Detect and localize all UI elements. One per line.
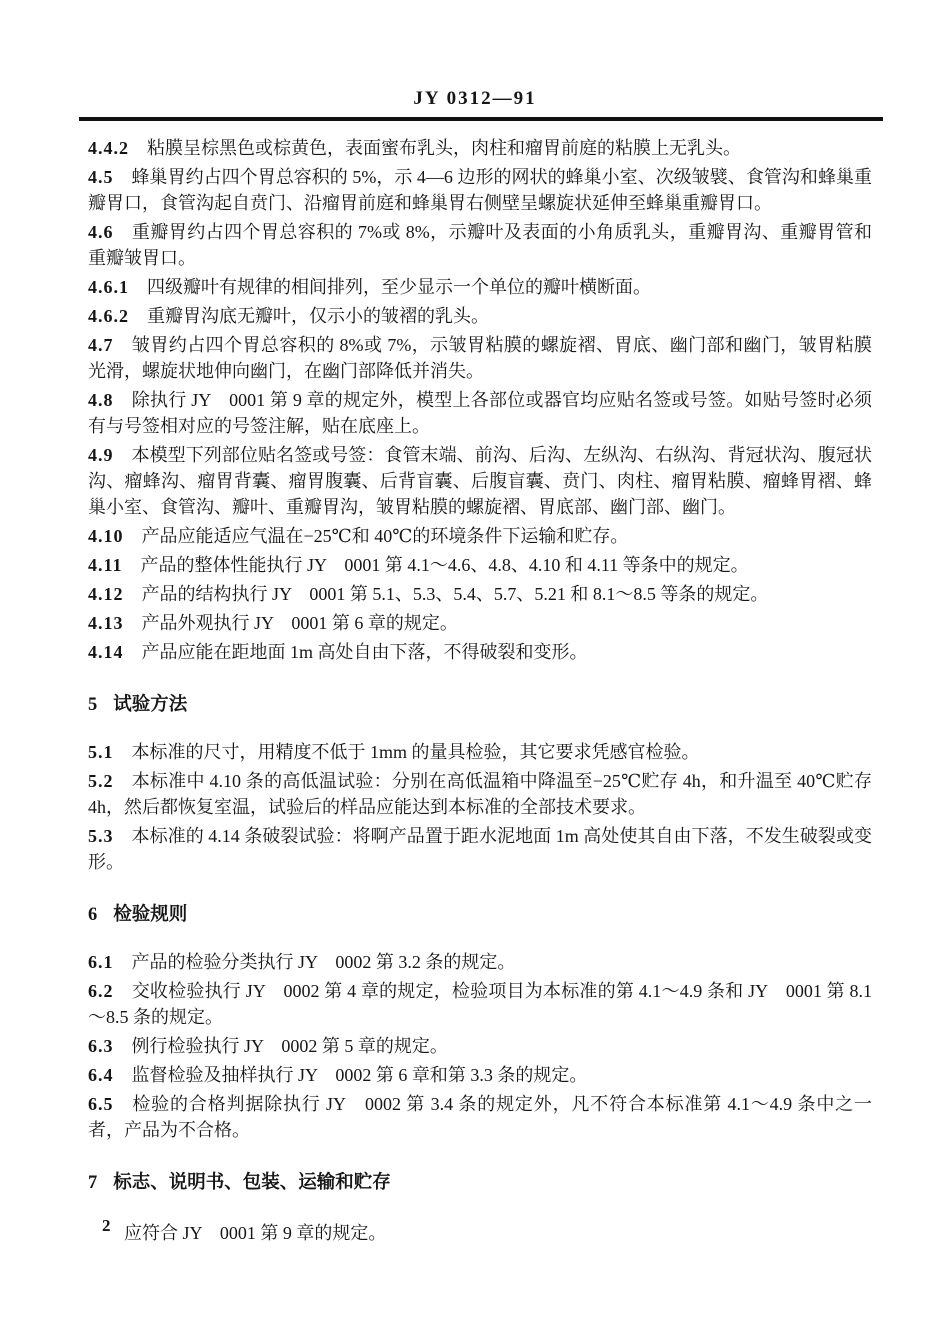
section-heading: 7标志、说明书、包装、运输和贮存 (88, 1170, 872, 1196)
clause-number: 4.8 (88, 390, 114, 410)
clause-text: 产品外观执行 JY 0001 第 6 章的规定。 (142, 613, 458, 633)
clause-paragraph: 5.3本标准的 4.14 条破裂试验：将啊产品置于距水泥地面 1m 高处使其自由… (88, 823, 872, 875)
clause-text: 除执行 JY 0001 第 9 章的规定外，模型上各部位或器官均应贴名签或号签。… (88, 390, 872, 436)
clause-paragraph: 6.5检验的合格判据除执行 JY 0002 第 3.4 条的规定外，凡不符合本标… (88, 1091, 872, 1143)
clause-number: 6.5 (88, 1094, 114, 1114)
clause-number: 4.11 (88, 555, 123, 575)
clause-number: 5 (88, 695, 97, 715)
section-heading: 5试验方法 (88, 692, 872, 718)
clause-number: 7 (88, 1173, 97, 1193)
clause-number: 6.1 (88, 952, 114, 972)
clause-text: 试验方法 (113, 695, 187, 715)
clause-number: 4.6.2 (88, 306, 129, 326)
clause-text: 粘膜呈棕黑色或棕黄色，表面蜜布乳头，肉柱和瘤胃前庭的粘膜上无乳头。 (147, 138, 741, 158)
clause-number: 6 (88, 905, 97, 925)
clause-paragraph: 4.5蜂巢胃约占四个胃总容积的 5%，示 4—6 边形的网状的蜂巢小室、次级皱襞… (88, 164, 872, 216)
clause-text: 产品的检验分类执行 JY 0002 第 3.2 条的规定。 (132, 952, 516, 972)
clause-paragraph: 6.2交收检验执行 JY 0002 第 4 章的规定，检验项目为本标准的第 4.… (88, 978, 872, 1030)
clause-text: 本模型下列部位贴名签或号签：食管末端、前沟、后沟、左纵沟、右纵沟、背冠状沟、腹冠… (88, 445, 872, 517)
clause-number: 6.3 (88, 1036, 114, 1056)
clause-paragraph: 4.14产品应能在距地面 1m 高处自由下落，不得破裂和变形。 (88, 639, 872, 665)
clause-number: 4.6.1 (88, 277, 129, 297)
clause-paragraph: 4.6.1四级瓣叶有规律的相间排列，至少显示一个单位的瓣叶横断面。 (88, 274, 872, 300)
header-rule (79, 117, 883, 121)
clause-paragraph: 4.6.2重瓣胃沟底无瓣叶，仅示小的皱褶的乳头。 (88, 303, 872, 329)
clause-text: 监督检验及抽样执行 JY 0002 第 6 章和第 3.3 条的规定。 (132, 1065, 588, 1085)
clause-paragraph: 4.10产品应能适应气温在−25℃和 40℃的环境条件下运输和贮存。 (88, 523, 872, 549)
clause-paragraph: 应符合 JY 0001 第 9 章的规定。 (88, 1220, 872, 1246)
standard-code: JY 0312—91 (413, 88, 536, 109)
clause-number: 4.9 (88, 445, 114, 465)
clause-text: 蜂巢胃约占四个胃总容积的 5%，示 4—6 边形的网状的蜂巢小室、次级皱襞、食管… (88, 167, 872, 213)
clause-number: 4.13 (88, 613, 124, 633)
clause-number: 5.1 (88, 742, 114, 762)
clause-number: 5.2 (88, 771, 114, 791)
section-heading: 6检验规则 (88, 902, 872, 928)
clause-paragraph: 4.11产品的整体性能执行 JY 0001 第 4.1～4.6、4.8、4.10… (88, 552, 872, 578)
clause-paragraph: 6.3例行检验执行 JY 0002 第 5 章的规定。 (88, 1033, 872, 1059)
clause-text: 标志、说明书、包装、运输和贮存 (113, 1173, 391, 1193)
document-body: 4.4.2粘膜呈棕黑色或棕黄色，表面蜜布乳头，肉柱和瘤胃前庭的粘膜上无乳头。 4… (88, 132, 872, 1246)
clause-text: 应符合 JY 0001 第 9 章的规定。 (124, 1223, 386, 1243)
clause-number: 4.4.2 (88, 138, 129, 158)
clause-text: 例行检验执行 JY 0002 第 5 章的规定。 (132, 1036, 448, 1056)
clause-number: 4.10 (88, 526, 124, 546)
page-footer: 2 (102, 1216, 111, 1236)
clause-number: 4.12 (88, 584, 124, 604)
clause-number: 6.4 (88, 1065, 114, 1085)
clause-number: 4.14 (88, 642, 124, 662)
clause-text: 检验规则 (113, 905, 187, 925)
page-header: JY 0312—91 (0, 88, 950, 110)
clause-text: 检验的合格判据除执行 JY 0002 第 3.4 条的规定外，凡不符合本标准第 … (88, 1094, 872, 1140)
clause-paragraph: 4.13产品外观执行 JY 0001 第 6 章的规定。 (88, 610, 872, 636)
clause-number: 6.2 (88, 981, 114, 1001)
clause-paragraph: 4.9本模型下列部位贴名签或号签：食管末端、前沟、后沟、左纵沟、右纵沟、背冠状沟… (88, 442, 872, 520)
clause-text: 本标准中 4.10 条的高低温试验：分别在高低温箱中降温至−25℃贮存 4h，和… (88, 771, 872, 817)
clause-paragraph: 4.4.2粘膜呈棕黑色或棕黄色，表面蜜布乳头，肉柱和瘤胃前庭的粘膜上无乳头。 (88, 135, 872, 161)
clause-paragraph: 4.12产品的结构执行 JY 0001 第 5.1、5.3、5.4、5.7、5.… (88, 581, 872, 607)
page-number: 2 (102, 1216, 111, 1235)
clause-text: 产品的整体性能执行 JY 0001 第 4.1～4.6、4.8、4.10 和 4… (141, 555, 749, 575)
clause-paragraph: 4.8除执行 JY 0001 第 9 章的规定外，模型上各部位或器官均应贴名签或… (88, 387, 872, 439)
clause-text: 交收检验执行 JY 0002 第 4 章的规定，检验项目为本标准的第 4.1～4… (88, 981, 872, 1027)
clause-number: 4.7 (88, 335, 114, 355)
clause-paragraph: 6.1产品的检验分类执行 JY 0002 第 3.2 条的规定。 (88, 949, 872, 975)
clause-paragraph: 6.4监督检验及抽样执行 JY 0002 第 6 章和第 3.3 条的规定。 (88, 1062, 872, 1088)
clause-number: 4.6 (88, 222, 114, 242)
clause-text: 产品应能在距地面 1m 高处自由下落，不得破裂和变形。 (142, 642, 588, 662)
clause-text: 本标准的尺寸，用精度不低于 1mm 的量具检验，其它要求凭感官检验。 (132, 742, 700, 762)
document-page: JY 0312—91 4.4.2粘膜呈棕黑色或棕黄色，表面蜜布乳头，肉柱和瘤胃前… (0, 0, 950, 1337)
clause-text: 产品的结构执行 JY 0001 第 5.1、5.3、5.4、5.7、5.21 和… (142, 584, 769, 604)
clause-text: 皱胃约占四个胃总容积的 8%或 7%，示皱胃粘膜的螺旋褶、胃底、幽门部和幽门，皱… (88, 335, 872, 381)
clause-number: 5.3 (88, 826, 114, 846)
clause-paragraph: 4.6重瓣胃约占四个胃总容积的 7%或 8%，示瓣叶及表面的小角质乳头，重瓣胃沟… (88, 219, 872, 271)
clause-text: 产品应能适应气温在−25℃和 40℃的环境条件下运输和贮存。 (142, 526, 629, 546)
clause-text: 四级瓣叶有规律的相间排列，至少显示一个单位的瓣叶横断面。 (147, 277, 651, 297)
clause-text: 重瓣胃约占四个胃总容积的 7%或 8%，示瓣叶及表面的小角质乳头，重瓣胃沟、重瓣… (88, 222, 872, 268)
clause-paragraph: 5.2本标准中 4.10 条的高低温试验：分别在高低温箱中降温至−25℃贮存 4… (88, 768, 872, 820)
clause-text: 重瓣胃沟底无瓣叶，仅示小的皱褶的乳头。 (147, 306, 489, 326)
clause-text: 本标准的 4.14 条破裂试验：将啊产品置于距水泥地面 1m 高处使其自由下落，… (88, 826, 872, 872)
clause-paragraph: 4.7皱胃约占四个胃总容积的 8%或 7%，示皱胃粘膜的螺旋褶、胃底、幽门部和幽… (88, 332, 872, 384)
clause-paragraph: 5.1本标准的尺寸，用精度不低于 1mm 的量具检验，其它要求凭感官检验。 (88, 739, 872, 765)
clause-number: 4.5 (88, 167, 114, 187)
